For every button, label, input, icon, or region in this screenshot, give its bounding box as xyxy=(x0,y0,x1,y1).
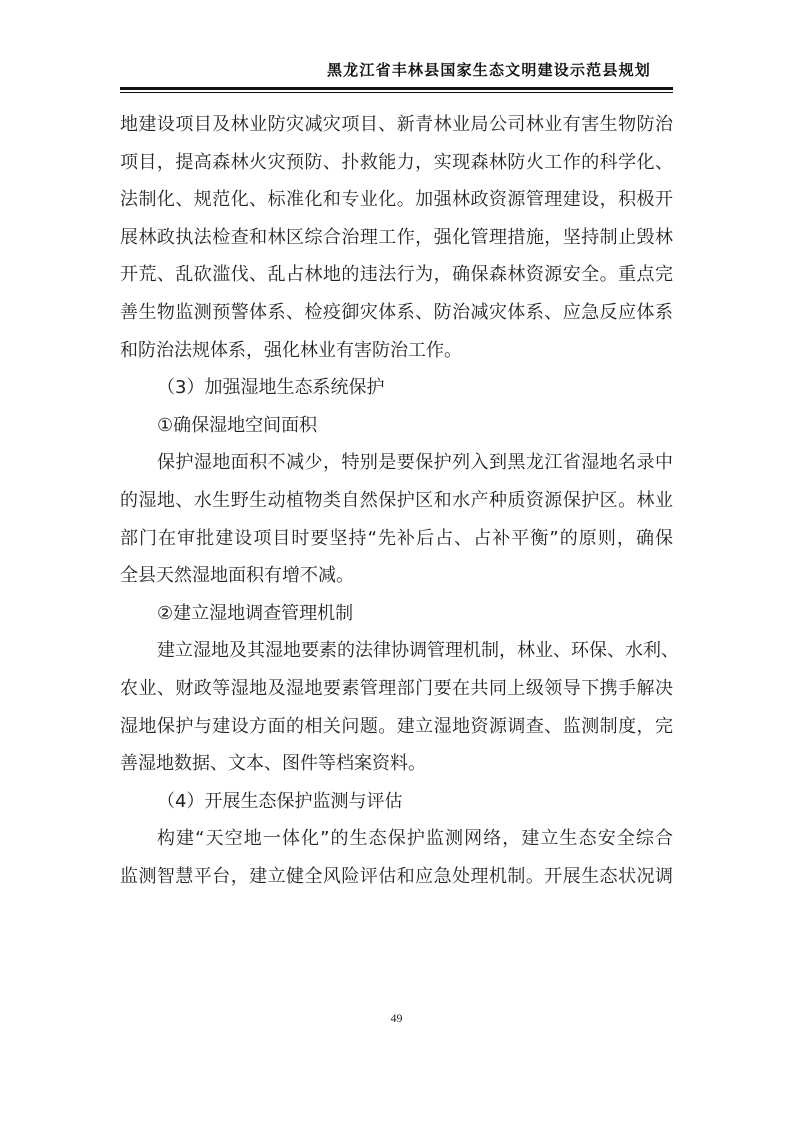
header-rule-thin xyxy=(120,92,673,93)
text-line: 农业、财政等湿地及湿地要素管理部门要在共同上级领导下携手解决 xyxy=(120,670,673,708)
page-number: 49 xyxy=(0,1011,793,1026)
text-line: 展林政执法检查和林区综合治理工作，强化管理措施，坚持制止毁林 xyxy=(120,219,673,257)
header-double-rule xyxy=(120,87,673,93)
text-line: 构建“天空地一体化”的生态保护监测网络，建立生态安全综合 xyxy=(120,820,673,858)
text-line: 湿地保护与建设方面的相关问题。建立湿地资源调查、监测制度，完 xyxy=(120,708,673,746)
text-line: 开荒、乱砍滥伐、乱占林地的违法行为，确保森林资源安全。重点完 xyxy=(120,256,673,294)
body-text: 地建设项目及林业防灾减灾项目、新青林业局公司林业有害生物防治 项目，提高森林火灾… xyxy=(120,106,673,895)
text-line: 和防治法规体系，强化林业有害防治工作。 xyxy=(120,332,673,370)
text-line: 善生物监测预警体系、检疫御灾体系、防治减灾体系、应急反应体系 xyxy=(120,294,673,332)
text-line: 全县天然湿地面积有增不减。 xyxy=(120,557,673,595)
text-line: 监测智慧平台，建立健全风险评估和应急处理机制。开展生态状况调 xyxy=(120,858,673,896)
paragraph-forest-protection: 地建设项目及林业防灾减灾项目、新青林业局公司林业有害生物防治 项目，提高森林火灾… xyxy=(120,106,673,369)
subsection-title-2: ②建立湿地调查管理机制 xyxy=(120,595,673,633)
header-rule-thick xyxy=(120,87,673,90)
text-line: 地建设项目及林业防灾减灾项目、新青林业局公司林业有害生物防治 xyxy=(120,106,673,144)
running-header-title: 黑龙江省丰林县国家生态文明建设示范县规划 xyxy=(120,59,673,80)
section-heading-4: （4）开展生态保护监测与评估 xyxy=(120,783,673,821)
document-page: 黑龙江省丰林县国家生态文明建设示范县规划 地建设项目及林业防灾减灾项目、新青林业… xyxy=(0,0,793,1122)
text-line: 保护湿地面积不减少，特别是要保护列入到黑龙江省湿地名录中 xyxy=(120,444,673,482)
text-line: 部门在审批建设项目时要坚持“先补后占、占补平衡”的原则，确保 xyxy=(120,520,673,558)
text-line: 法制化、规范化、标准化和专业化。加强林政资源管理建设，积极开 xyxy=(120,181,673,219)
text-line: 建立湿地及其湿地要素的法律协调管理机制，林业、环保、水利、 xyxy=(120,632,673,670)
text-line: 的湿地、水生野生动植物类自然保护区和水产种质资源保护区。林业 xyxy=(120,482,673,520)
text-line: 善湿地数据、文本、图件等档案资料。 xyxy=(120,745,673,783)
section-heading-3: （3）加强湿地生态系统保护 xyxy=(120,369,673,407)
subsection-title-1: ①确保湿地空间面积 xyxy=(120,407,673,445)
paragraph-monitoring: 构建“天空地一体化”的生态保护监测网络，建立生态安全综合 监测智慧平台，建立健全… xyxy=(120,820,673,895)
paragraph-wetland-management: 建立湿地及其湿地要素的法律协调管理机制，林业、环保、水利、 农业、财政等湿地及湿… xyxy=(120,632,673,782)
text-line: 项目，提高森林火灾预防、扑救能力，实现森林防火工作的科学化、 xyxy=(120,144,673,182)
paragraph-wetland-area: 保护湿地面积不减少，特别是要保护列入到黑龙江省湿地名录中 的湿地、水生野生动植物… xyxy=(120,444,673,594)
